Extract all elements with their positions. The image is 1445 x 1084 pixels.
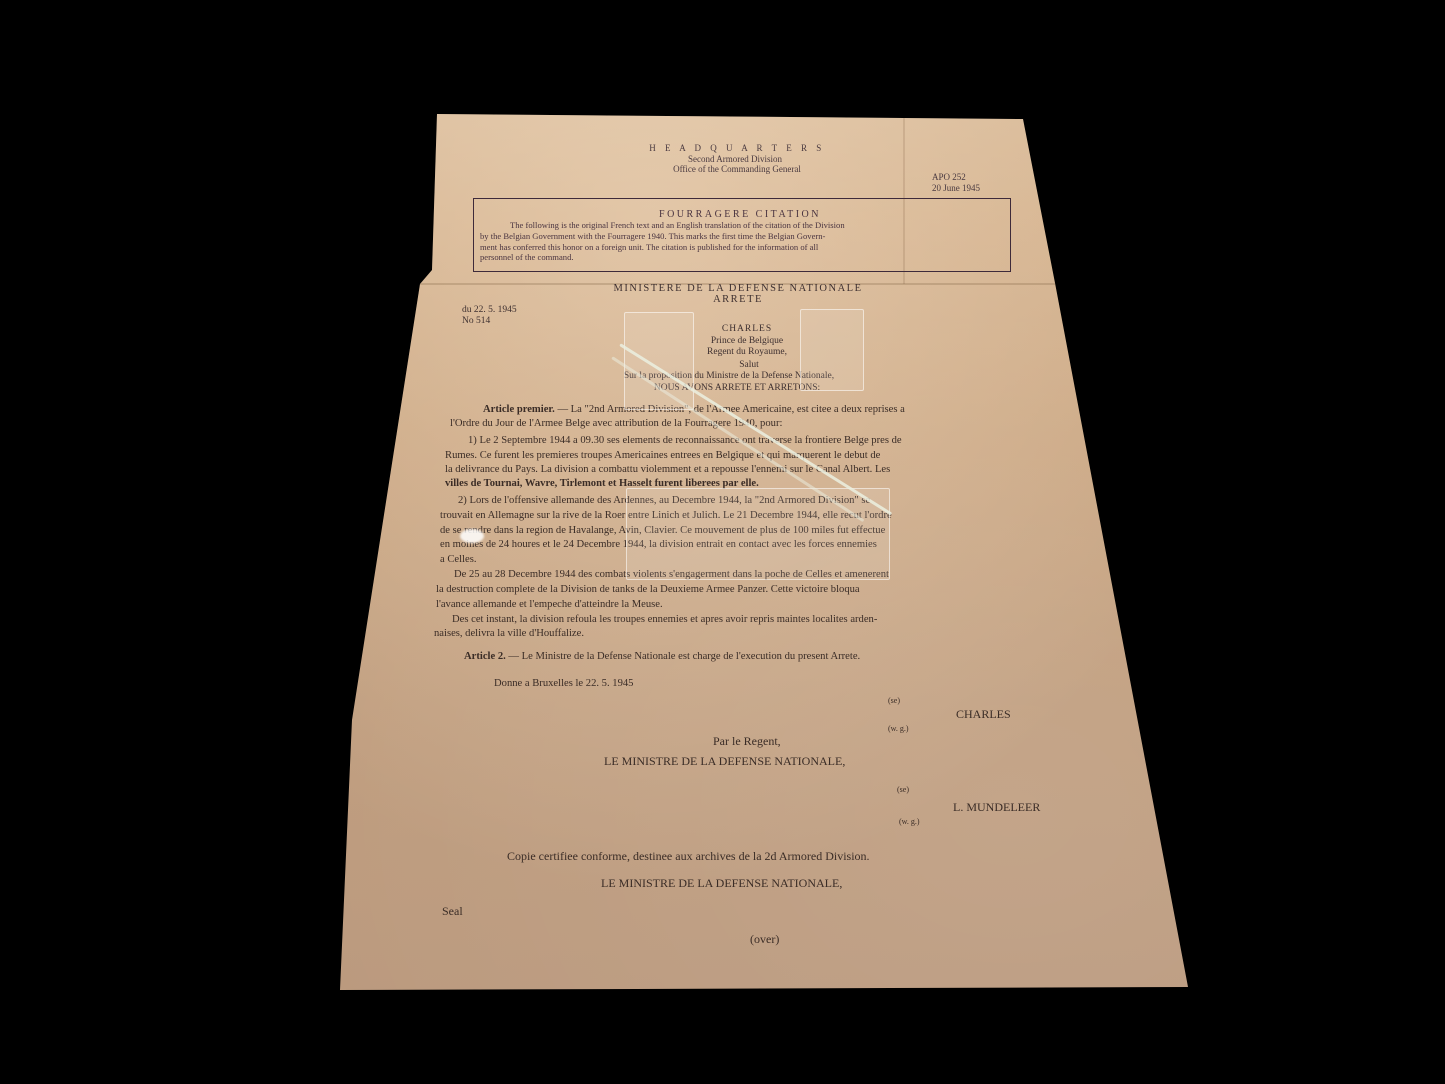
- wg-mark: (w. g.): [899, 818, 920, 826]
- article-2: Article 2. — Le Ministre de la Defense N…: [464, 652, 860, 663]
- par-le-regent: Par le Regent,: [713, 735, 781, 747]
- citation-line: personnel of the command.: [480, 253, 574, 262]
- para-3-line: la destruction complete de la Division d…: [436, 585, 860, 596]
- se-mark: (se): [888, 697, 900, 705]
- header-apo: APO 252: [932, 173, 966, 182]
- ministry-title: MINISTERE DE LA DEFENSE NATIONALE: [614, 284, 863, 295]
- stand-clip-right: [800, 309, 864, 391]
- wg-mark: (w. g.): [888, 725, 909, 733]
- salut-line: Salut: [739, 361, 759, 371]
- minister-title-1: LE MINISTRE DE LA DEFENSE NATIONALE,: [604, 755, 845, 767]
- signature-charles: CHARLES: [956, 708, 1011, 720]
- header-division: Second Armored Division: [688, 155, 782, 164]
- stand-base: [626, 488, 890, 580]
- para-2-line: a Celles.: [440, 555, 476, 566]
- certified-copy: Copie certifiee conforme, destinee aux a…: [507, 850, 870, 862]
- citation-title: FOURRAGERE CITATION: [659, 210, 821, 220]
- para-4-line: Des cet instant, la division refoula les…: [452, 615, 877, 626]
- se-mark: (se): [897, 786, 909, 794]
- ref-date: du 22. 5. 1945: [462, 306, 517, 316]
- ref-number: No 514: [462, 317, 490, 327]
- stand-clip-left: [624, 312, 694, 410]
- article-1-line: l'Ordre du Jour de l'Armee Belge avec at…: [450, 419, 782, 430]
- citation-line: by the Belgian Government with the Fourr…: [480, 232, 825, 241]
- over-label: (over): [750, 933, 779, 945]
- arrete-title: ARRETE: [713, 295, 763, 306]
- para-1-line: Rumes. Ce furent les premieres troupes A…: [445, 451, 880, 462]
- header-office: Office of the Commanding General: [673, 165, 801, 174]
- minister-title-2: LE MINISTRE DE LA DEFENSE NATIONALE,: [601, 877, 842, 889]
- citation-line: The following is the original French tex…: [510, 221, 845, 230]
- light-glare: [460, 529, 484, 543]
- article-1-label: Article premier.: [483, 404, 555, 415]
- regent-line: Regent du Royaume,: [707, 348, 787, 358]
- seal-label: Seal: [442, 905, 463, 917]
- charles-heading: CHARLES: [722, 325, 772, 335]
- header-date: 20 June 1945: [932, 184, 980, 193]
- article-2-text: — Le Ministre de la Defense Nationale es…: [508, 651, 860, 662]
- header-headquarters: H E A D Q U A R T E R S: [649, 144, 824, 153]
- para-1-line: 1) Le 2 Septembre 1944 a 09.30 ses eleme…: [468, 436, 902, 447]
- article-2-label: Article 2.: [464, 651, 506, 662]
- para-4-line: naises, delivra la ville d'Houffalize.: [434, 629, 584, 640]
- citation-line: ment has conferred this honor on a forei…: [480, 243, 818, 252]
- para-3-line: l'avance allemande et l'empeche d'attein…: [436, 600, 663, 611]
- signature-mundeleer: L. MUNDELEER: [953, 801, 1040, 813]
- given-at: Donne a Bruxelles le 22. 5. 1945: [494, 679, 633, 690]
- prince-line: Prince de Belgique: [711, 337, 783, 347]
